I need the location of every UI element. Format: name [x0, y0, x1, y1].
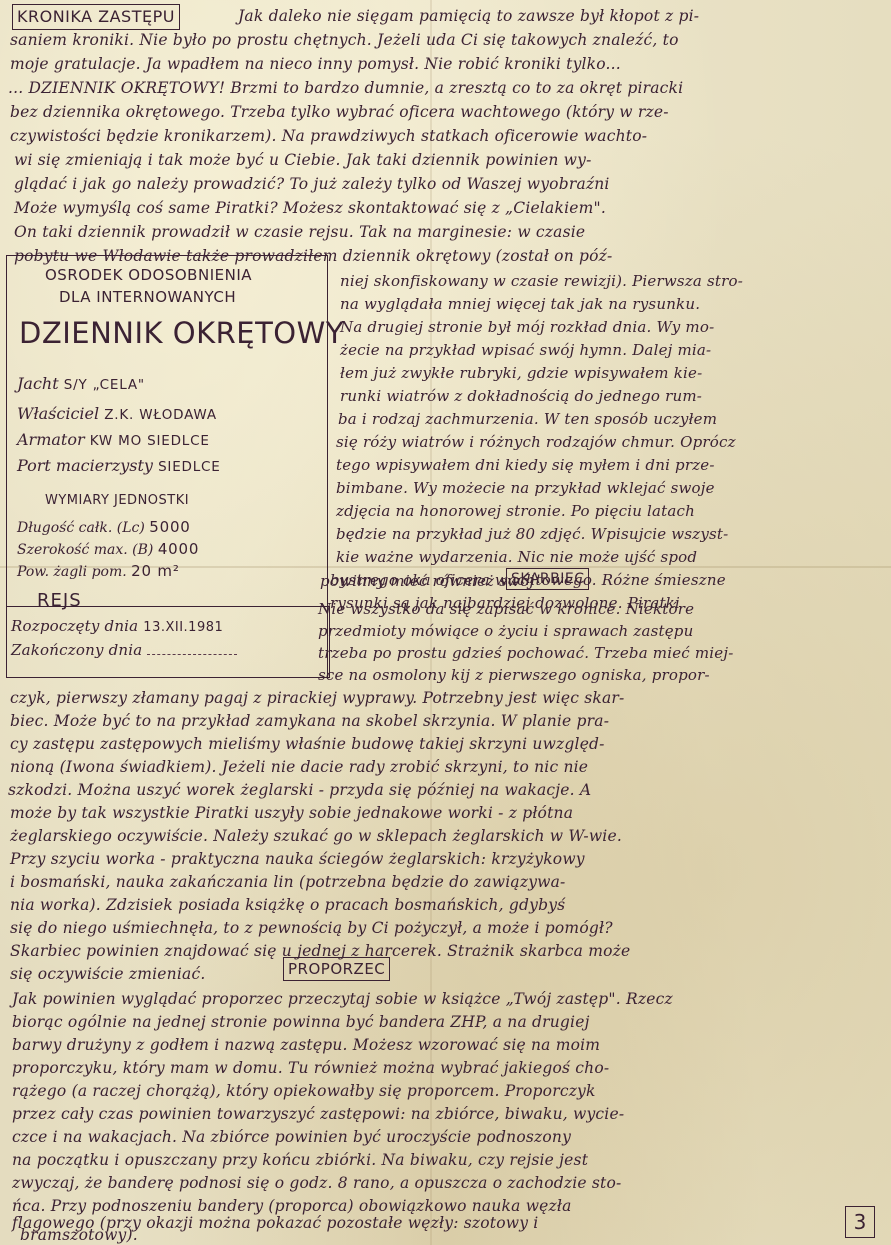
logbook-field-yacht: Jacht S/Y „CELA"	[17, 374, 145, 393]
text-line: rążego (a raczej chorążą), który opiekow…	[12, 1080, 596, 1102]
text-line: Jak daleko nie sięgam pamięcią to zawsze…	[238, 5, 699, 27]
field-value: SIEDLCE	[158, 459, 221, 475]
logbook-field-home-port: Port macierzysty SIEDLCE	[17, 456, 221, 475]
text-line: się oczywiście zmieniać.	[10, 963, 205, 985]
dimension-length: Długość całk. (Lc) 5000	[17, 518, 191, 536]
text-line: saniem kroniki. Nie było po prostu chętn…	[10, 29, 679, 51]
voyage-start: Rozpoczęty dnia 13.XII.1981	[11, 615, 223, 639]
text-line: trzeba po prostu gdzieś pochować. Trzeba…	[318, 642, 734, 664]
handwritten-page: KRONIKA ZASTĘPU Jak daleko nie sięgam pa…	[0, 0, 891, 1245]
text-line: nia worka). Zdzisiek posiada książkę o p…	[10, 894, 565, 916]
text-line: przez cały czas powinien towarzyszyć zas…	[12, 1103, 624, 1125]
text-line: cy zastępu zastępowych mieliśmy właśnie …	[10, 733, 605, 755]
text-line: tego wpisywałem dni kiedy się myłem i dn…	[336, 454, 715, 476]
text-line: szkodzi. Można uszyć worek żeglarski - p…	[8, 779, 591, 801]
field-label: Zakończony dnia	[11, 641, 142, 659]
field-value: 4000	[158, 540, 199, 558]
text-line: na początku i opuszczany przy końcu zbió…	[12, 1149, 588, 1171]
text-line: bez dziennika okrętowego. Trzeba tylko w…	[10, 101, 669, 123]
text-line: Jak powinien wyglądać proporzec przeczyt…	[12, 988, 673, 1010]
text-line: się do niego uśmiechnęła, to z pewnością…	[10, 917, 613, 939]
field-label: Port macierzysty	[17, 456, 153, 475]
heading-kronika-zastepu: KRONIKA ZASTĘPU	[12, 4, 180, 30]
text-line: wi się zmieniają i tak może być u Ciebie…	[14, 149, 592, 171]
text-line: Może wymyślą coś same Piratki? Możesz sk…	[14, 197, 606, 219]
text-line: Przy szyciu worka - praktyczna nauka ści…	[10, 848, 585, 870]
text-line: niej skonfiskowany w czasie rewizji). Pi…	[340, 270, 743, 292]
dimension-beam: Szerokość max. (B) 4000	[17, 540, 199, 558]
text-line: biorąc ogólnie na jednej stronie powinna…	[12, 1011, 590, 1033]
text-line: proporczyku, który mam w domu. Tu równie…	[12, 1057, 609, 1079]
text-line: barwy drużyny z godłem i nazwą zastępu. …	[12, 1034, 600, 1056]
field-label: Rozpoczęty dnia	[11, 617, 138, 635]
text-line: na wyglądała mniej więcej tak jak na rys…	[340, 293, 700, 315]
text-line: powinny mieć również swój	[320, 570, 534, 592]
field-label: Szerokość max. (B)	[17, 542, 153, 558]
text-line: sce na osmolony kij z pierwszego ogniska…	[318, 664, 710, 686]
dimension-sail-area: Pow. żagli pom. 20 m²	[17, 562, 180, 580]
logbook-subtitle: OSRODEK ODOSOBNIENIA	[45, 266, 252, 284]
text-line: żeglarskiego oczywiście. Należy szukać g…	[10, 825, 622, 847]
text-line: czce i na wakacjach. Na zbiórce powinien…	[12, 1126, 571, 1148]
page-number: 3	[845, 1206, 875, 1238]
text-line: Nie wszystko da się zapisać w kronice. N…	[318, 598, 694, 620]
text-line: bimbane. Wy możecie na przykład wklejać …	[336, 477, 715, 499]
text-line: biec. Może być to na przykład zamykana n…	[10, 710, 609, 732]
field-value: 13.XII.1981	[143, 620, 223, 635]
field-value: Z.K. WŁODAWA	[104, 407, 217, 423]
text-line: może by tak wszystkie Piratki uszyły sob…	[10, 802, 573, 824]
logbook-field-operator: Armator KW MO SIEDLCE	[17, 430, 210, 449]
field-value: S/Y „CELA"	[64, 377, 145, 393]
text-line: przedmioty mówiące o życiu i sprawach za…	[318, 620, 693, 642]
text-line: moje gratulacje. Ja wpadłem na nieco inn…	[10, 53, 621, 75]
text-line: glądać i jak go należy prowadzić? To już…	[14, 173, 610, 195]
dimensions-heading: WYMIARY JEDNOSTKI	[45, 493, 189, 508]
voyage-end: Zakończony dnia	[11, 639, 237, 661]
field-label: Właściciel	[17, 404, 99, 423]
field-label: Armator	[17, 430, 85, 449]
heading-skarbiec: SKARBIEC	[506, 568, 589, 590]
text-line: runki wiatrów z dokładnością do jednego …	[340, 385, 702, 407]
field-value: 5000	[149, 518, 190, 536]
text-line: On taki dziennik prowadził w czasie rejs…	[14, 221, 585, 243]
heading-proporzec: PROPORZEC	[283, 957, 390, 981]
text-line: będzie na przykład już 80 zdjęć. Wpisujc…	[336, 523, 728, 545]
text-line: nioną (Iwona świadkiem). Jeżeli nie daci…	[10, 756, 588, 778]
field-label: Pow. żagli pom.	[17, 564, 127, 580]
text-line: Na drugiej stronie był mój rozkład dnia.…	[340, 316, 714, 338]
text-line: czywistości będzie kronikarzem). Na praw…	[10, 125, 647, 147]
text-line: zwyczaj, że banderę podnosi się o godz. …	[12, 1172, 621, 1194]
text-line: kie ważne wydarzenia. Nic nie może ujść …	[336, 546, 697, 568]
text-line: zdjęcia na honorowej stronie. Po pięciu …	[336, 500, 695, 522]
field-value: KW MO SIEDLCE	[90, 433, 210, 449]
field-label: Długość całk. (Lc)	[17, 520, 145, 536]
logbook-field-owner: Właściciel Z.K. WŁODAWA	[17, 404, 217, 423]
logbook-title: DZIENNIK OKRĘTOWY	[19, 316, 344, 350]
text-line: czyk, pierwszy złamany pagaj z pirackiej…	[10, 687, 624, 709]
text-line: i bosmański, nauka zakańczania lin (potr…	[10, 871, 566, 893]
text-line: bramszotowy).	[20, 1224, 138, 1245]
text-line: żecie na przykład wpisać swój hymn. Dale…	[340, 339, 711, 361]
text-line: ba i rodzaj zachmurzenia. W ten sposób u…	[338, 408, 717, 430]
text-line: łem już zwykłe rubryki, gdzie wpisywałem…	[340, 362, 702, 384]
blank-line	[147, 652, 237, 655]
field-label: Jacht	[17, 374, 59, 393]
text-line: się róży wiatrów i różnych rodzajów chmu…	[336, 431, 736, 453]
text-line: ... DZIENNIK OKRĘTOWY! Brzmi to bardzo d…	[8, 77, 683, 99]
field-value: 20 m²	[131, 562, 179, 580]
logbook-subtitle: DLA INTERNOWANYCH	[59, 288, 236, 306]
logbook-voyage-section: Rozpoczęty dnia 13.XII.1981 Zakończony d…	[6, 606, 330, 678]
